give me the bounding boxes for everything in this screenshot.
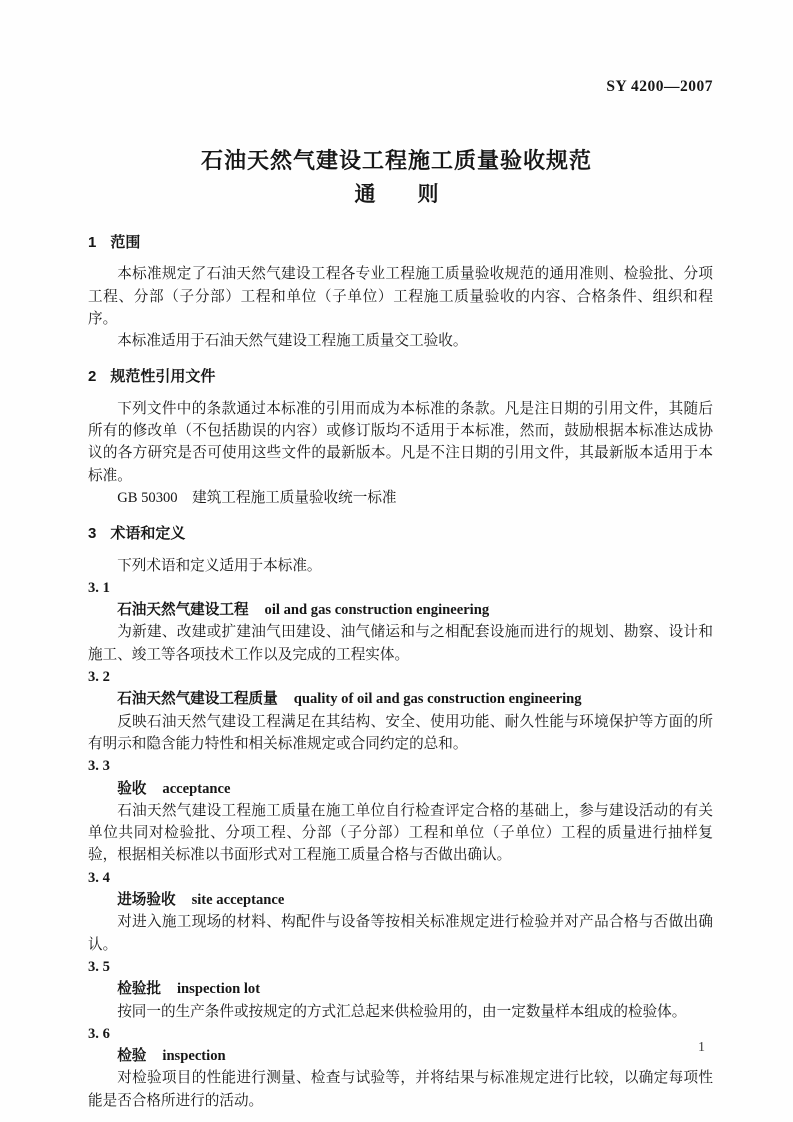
term-english: inspection lot — [177, 981, 260, 997]
paragraph: 下列文件中的条款通过本标准的引用而成为本标准的条款。凡是注日期的引用文件，其随后… — [88, 398, 713, 487]
section-number: 3 — [88, 525, 96, 542]
section-title: 规范性引用文件 — [110, 368, 215, 385]
term-entry: 3. 2 石油天然气建设工程质量quality of oil and gas c… — [88, 666, 713, 755]
paragraph: 本标准规定了石油天然气建设工程各专业工程施工质量验收规范的通用准则、检验批、分项… — [88, 263, 713, 330]
section-terms-definitions: 3术语和定义 下列术语和定义适用于本标准。 3. 1 石油天然气建设工程oil … — [88, 523, 713, 1112]
term-definition: 对检验项目的性能进行测量、检查与试验等，并将结果与标准规定进行比较，以确定每项性… — [88, 1067, 713, 1112]
term-chinese: 验收 — [117, 781, 146, 797]
term-english: oil and gas construction engineering — [265, 602, 490, 618]
term-number: 3. 4 — [88, 867, 713, 889]
page-number: 1 — [698, 1040, 705, 1056]
term-number: 3. 1 — [88, 577, 713, 599]
section-scope: 1范围 本标准规定了石油天然气建设工程各专业工程施工质量验收规范的通用准则、检验… — [88, 232, 713, 352]
document-subtitle: 通 则 — [0, 178, 793, 208]
term-head: 检验inspection — [88, 1045, 713, 1067]
term-chinese: 石油天然气建设工程 — [117, 602, 248, 618]
term-definition: 石油天然气建设工程施工质量在施工单位自行检查评定合格的基础上，参与建设活动的有关… — [88, 800, 713, 867]
term-head: 石油天然气建设工程oil and gas construction engine… — [88, 599, 713, 621]
term-definition: 按同一的生产条件或按规定的方式汇总起来供检验用的，由一定数量样本组成的检验体。 — [88, 1001, 713, 1023]
reference-entry: GB 50300 建筑工程施工质量验收统一标准 — [88, 487, 713, 509]
section-intro: 下列术语和定义适用于本标准。 — [88, 555, 713, 577]
term-english: quality of oil and gas construction engi… — [294, 691, 582, 707]
document-page: SY 4200—2007 石油天然气建设工程施工质量验收规范 通 则 1范围 本… — [0, 0, 793, 1122]
document-title: 石油天然气建设工程施工质量验收规范 — [0, 144, 793, 175]
term-definition: 对进入施工现场的材料、构配件与设备等按相关标准规定进行检验并对产品合格与否做出确… — [88, 911, 713, 956]
term-number: 3. 6 — [88, 1023, 713, 1045]
section-number: 2 — [88, 368, 96, 385]
term-entry: 3. 4 进场验收site acceptance 对进入施工现场的材料、构配件与… — [88, 867, 713, 956]
term-english: inspection — [162, 1048, 225, 1064]
term-head: 验收acceptance — [88, 778, 713, 800]
term-head: 检验批inspection lot — [88, 978, 713, 1000]
term-number: 3. 3 — [88, 755, 713, 777]
standard-number: SY 4200—2007 — [606, 78, 713, 96]
term-definition: 为新建、改建或扩建油气田建设、油气储运和与之相配套设施而进行的规划、勘察、设计和… — [88, 621, 713, 666]
term-entry: 3. 6 检验inspection 对检验项目的性能进行测量、检查与试验等，并将… — [88, 1023, 713, 1112]
term-chinese: 进场验收 — [117, 892, 175, 908]
term-english: acceptance — [162, 781, 230, 797]
term-chinese: 检验批 — [117, 981, 161, 997]
term-entry: 3. 1 石油天然气建设工程oil and gas construction e… — [88, 577, 713, 666]
section-heading: 3术语和定义 — [88, 523, 713, 545]
term-english: site acceptance — [192, 892, 285, 908]
term-number: 3. 2 — [88, 666, 713, 688]
document-body: 1范围 本标准规定了石油天然气建设工程各专业工程施工质量验收规范的通用准则、检验… — [88, 232, 713, 1112]
section-title: 范围 — [110, 234, 140, 251]
term-chinese: 检验 — [117, 1048, 146, 1064]
term-definition: 反映石油天然气建设工程满足在其结构、安全、使用功能、耐久性能与环境保护等方面的所… — [88, 711, 713, 756]
term-entry: 3. 3 验收acceptance 石油天然气建设工程施工质量在施工单位自行检查… — [88, 755, 713, 866]
term-number: 3. 5 — [88, 956, 713, 978]
term-head: 石油天然气建设工程质量quality of oil and gas constr… — [88, 688, 713, 710]
section-normative-references: 2规范性引用文件 下列文件中的条款通过本标准的引用而成为本标准的条款。凡是注日期… — [88, 366, 713, 509]
section-heading: 1范围 — [88, 232, 713, 254]
term-chinese: 石油天然气建设工程质量 — [117, 691, 278, 707]
term-entry: 3. 5 检验批inspection lot 按同一的生产条件或按规定的方式汇总… — [88, 956, 713, 1023]
section-title: 术语和定义 — [110, 525, 185, 542]
term-head: 进场验收site acceptance — [88, 889, 713, 911]
section-number: 1 — [88, 234, 96, 251]
paragraph: 本标准适用于石油天然气建设工程施工质量交工验收。 — [88, 330, 713, 352]
section-heading: 2规范性引用文件 — [88, 366, 713, 388]
